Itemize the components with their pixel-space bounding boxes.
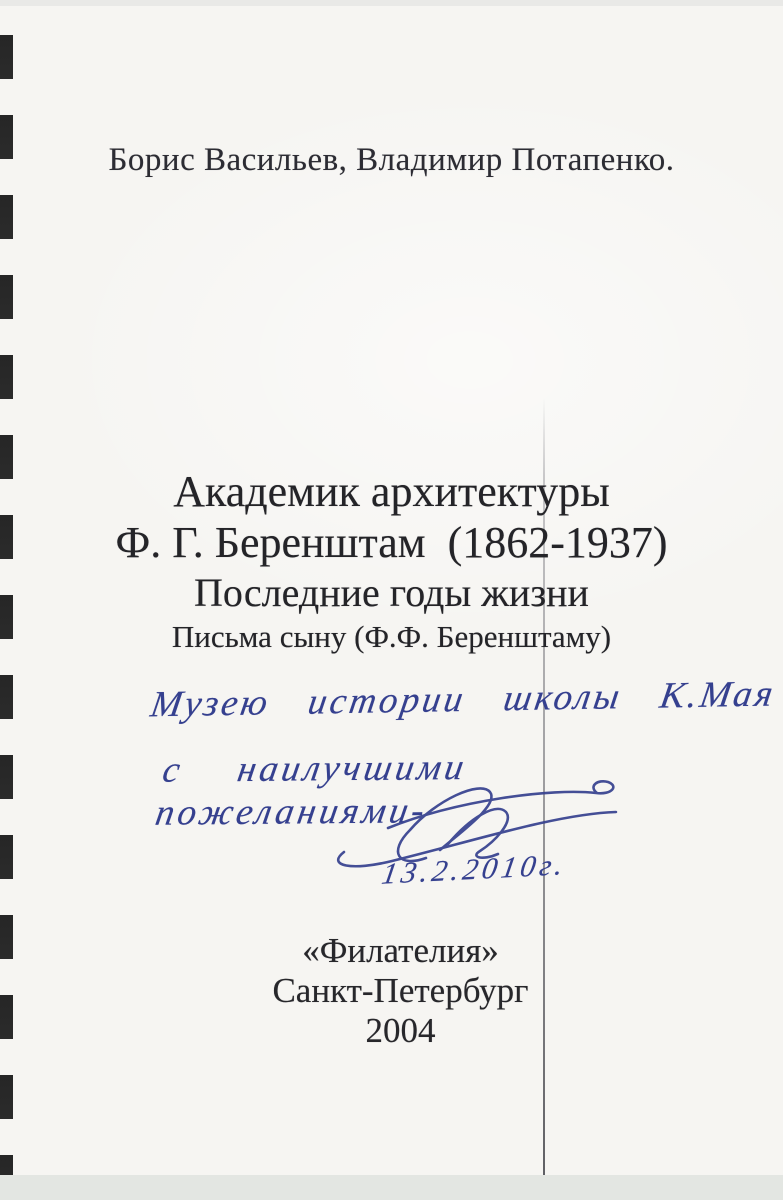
dedication-date: 13.2.2010г. (379, 848, 569, 892)
publication-year: 2004 (9, 1011, 783, 1051)
title-line-2: Ф. Г. Беренштам (1862-1937) (0, 518, 783, 568)
scanned-title-page: Борис Васильев, Владимир Потапенко. Акад… (0, 0, 783, 1200)
publisher-city: Санкт-Петербург (9, 971, 783, 1011)
publisher-name: «Филателия» (9, 930, 783, 971)
authors-line: Борис Васильев, Владимир Потапенко. (0, 142, 783, 179)
title-block: Академик архитектуры Ф. Г. Беренштам (18… (0, 466, 783, 657)
scan-bottom-edge (0, 1175, 783, 1200)
dedication-line-1: Музею истории школы К.Мая (148, 673, 779, 727)
scan-top-edge (0, 0, 783, 6)
signature-autograph (330, 772, 630, 872)
title-line-1: Академик архитектуры (0, 466, 783, 518)
imprint-block: «Филателия» Санкт-Петербург 2004 (9, 930, 783, 1051)
title-line-4: Письма сыну (Ф.Ф. Беренштаму) (0, 617, 783, 657)
dedication-line-2: с наилучшими пожеланиями- (152, 743, 783, 834)
title-line-3: Последние годы жизни (0, 568, 783, 617)
